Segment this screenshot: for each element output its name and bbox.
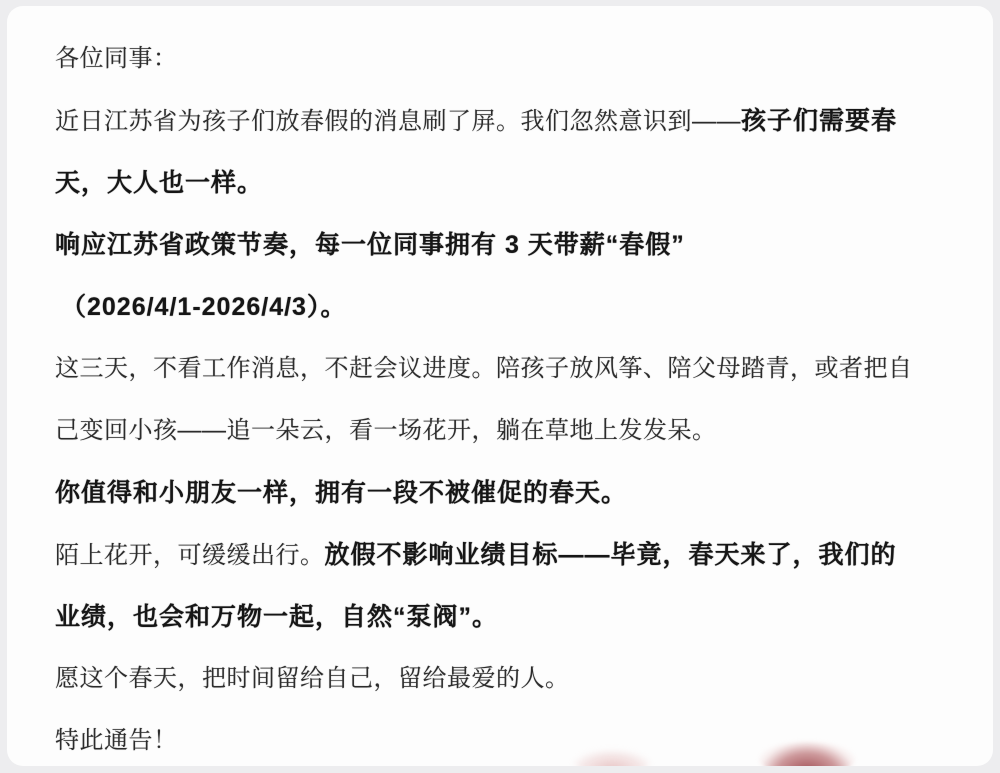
page-background: { "page": { "background_color": "#ededef…	[0, 0, 1000, 773]
text-line: 业绩，也会和万物一起，自然“泵阀”。	[55, 586, 935, 648]
text-line: 天，大人也一样。	[55, 152, 935, 214]
text-line: 近日江苏省为孩子们放春假的消息刷了屏。我们忽然意识到——孩子们需要春	[55, 90, 935, 152]
text-segment: 这三天，不看工作消息，不赶会议进度。陪孩子放风筝、陪父母踏青，或者把自	[55, 355, 913, 382]
text-segment: 业绩，也会和万物一起，自然“泵阀”。	[55, 603, 498, 631]
text-line: 这三天，不看工作消息，不赶会议进度。陪孩子放风筝、陪父母踏青，或者把自	[55, 338, 935, 400]
text-line: 各位同事：	[55, 28, 935, 90]
text-line: 陌上花开，可缓缓出行。放假不影响业绩目标——毕竟，春天来了，我们的	[55, 524, 935, 586]
notice-card: 各位同事：近日江苏省为孩子们放春假的消息刷了屏。我们忽然意识到——孩子们需要春天…	[7, 6, 993, 766]
text-segment: 孩子们需要春	[741, 107, 897, 135]
text-segment: 你值得和小朋友一样，拥有一段不被催促的春天。	[55, 479, 627, 507]
text-segment: 己变回小孩——追一朵云，看一场花开，躺在草地上发发呆。	[55, 417, 717, 444]
text-segment: 近日江苏省为孩子们放春假的消息刷了屏。我们忽然意识到——	[55, 108, 741, 135]
text-segment: 各位同事：	[55, 45, 178, 72]
text-line: 愿这个春天，把时间留给自己，留给最爱的人。	[55, 648, 935, 710]
text-segment: 特此通告！	[55, 727, 178, 754]
text-segment: 响应江苏省政策节奏，每一位同事拥有 3 天带薪“春假”	[55, 231, 685, 259]
text-segment: 天，大人也一样。	[55, 169, 263, 197]
text-segment: （2026/4/1-2026/4/3）。	[61, 293, 346, 321]
text-line: 特此通告！	[55, 710, 935, 766]
text-segment: 陌上花开，可缓缓出行。	[55, 542, 325, 569]
text-line: （2026/4/1-2026/4/3）。	[55, 276, 935, 338]
text-segment: 愿这个春天，把时间留给自己，留给最爱的人。	[55, 665, 570, 692]
text-line: 响应江苏省政策节奏，每一位同事拥有 3 天带薪“春假”	[55, 214, 935, 276]
text-line: 己变回小孩——追一朵云，看一场花开，躺在草地上发发呆。	[55, 400, 935, 462]
text-line: 你值得和小朋友一样，拥有一段不被催促的春天。	[55, 462, 935, 524]
document-body: 各位同事：近日江苏省为孩子们放春假的消息刷了屏。我们忽然意识到——孩子们需要春天…	[55, 28, 935, 766]
text-segment: 放假不影响业绩目标——毕竟，春天来了，我们的	[325, 541, 897, 569]
